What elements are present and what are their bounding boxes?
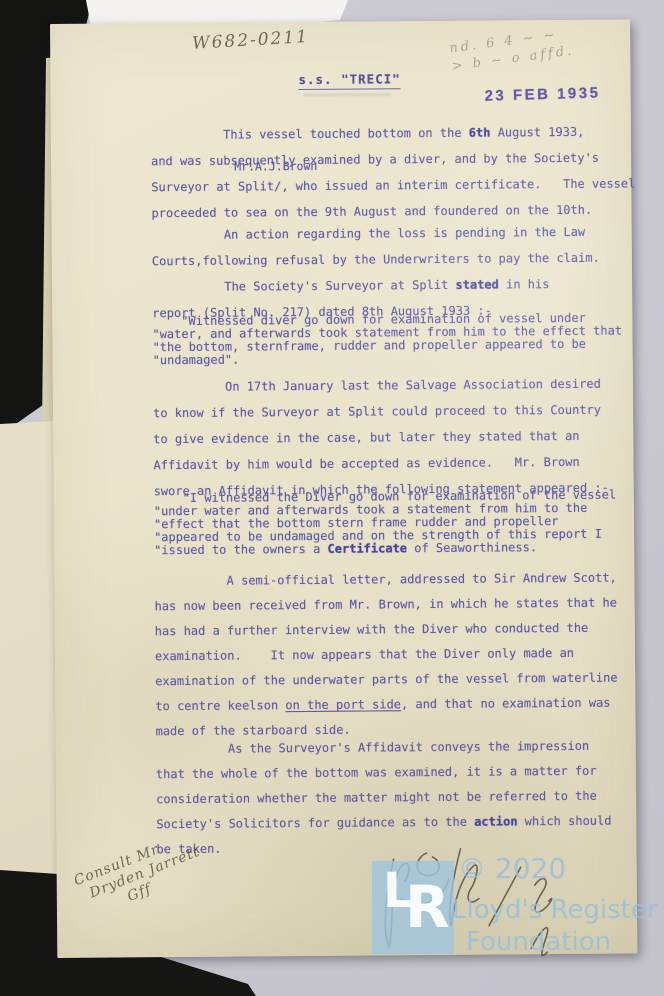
pencil-shorthand-note: nd. 6 4 ~ ~ > b ~ o affd. xyxy=(448,25,575,77)
text-block-quote1: "Witnessed diver go down for examination… xyxy=(152,312,622,368)
document-page: W682-0211 nd. 6 4 ~ ~ > b ~ o affd. s.s.… xyxy=(50,19,637,958)
text-block-paraD: On 17th January last the Salvage Associa… xyxy=(153,371,609,505)
text-block-paraB: An action regarding the loss is pending … xyxy=(152,219,600,275)
text-block-quote2: "I witnessed the Diver go down for exami… xyxy=(154,489,617,558)
pencil-consult-note: Consult Mr Dryden Jarrett Gff xyxy=(72,828,209,922)
signature-scrawl xyxy=(338,828,589,970)
text-block-paraE: A semi-official letter, addressed to Sir… xyxy=(154,566,618,745)
text-block-insertA: Mr.A.J.Brown xyxy=(151,160,317,173)
archive-photo: W682-0211 nd. 6 4 ~ ~ > b ~ o affd. s.s.… xyxy=(0,0,664,996)
document-title: s.s. "TRECI" xyxy=(298,71,400,90)
pencil-reference-number: W682-0211 xyxy=(192,27,310,54)
received-date-stamp: 23 FEB 1935 xyxy=(484,84,600,104)
